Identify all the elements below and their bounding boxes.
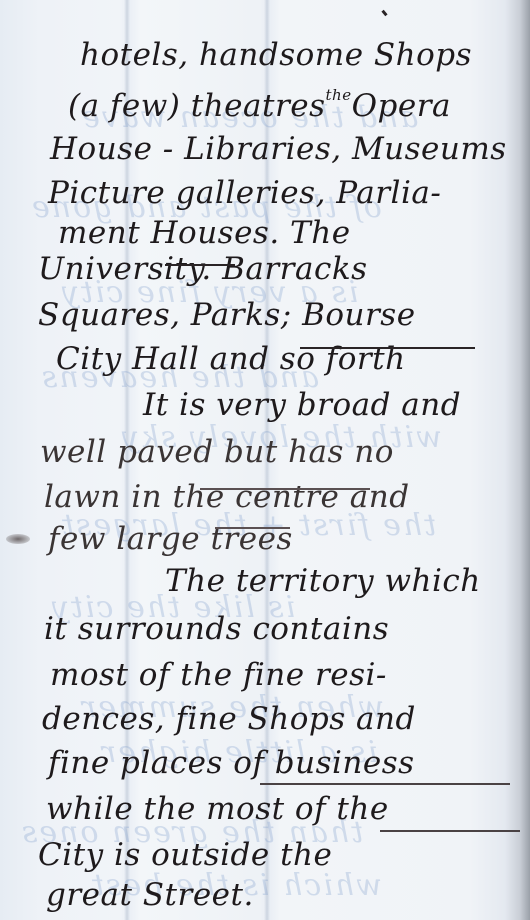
- handwritten-text: hotels, handsome Shops (a few) theatrest…: [0, 0, 530, 920]
- strike-line: [165, 264, 235, 266]
- manuscript-line: lawn in the centre and: [44, 482, 410, 513]
- manuscript-line: City is outside the: [38, 840, 332, 871]
- manuscript-text: Opera: [352, 88, 451, 124]
- manuscript-line: City Hall and so forth: [56, 344, 406, 375]
- manuscript-line: few large trees: [48, 524, 293, 555]
- manuscript-text: (a few) theatres: [68, 88, 326, 124]
- strike-line: [300, 347, 475, 349]
- strike-line: [215, 527, 290, 529]
- manuscript-line: The territory which: [165, 566, 481, 597]
- manuscript-line: dences, fine Shops and: [42, 704, 416, 735]
- manuscript-line: ment Houses. The: [58, 218, 351, 249]
- manuscript-line: while the most of the: [46, 794, 389, 825]
- manuscript-page: and the ocean wave of the past and gone …: [0, 0, 530, 920]
- manuscript-line: House - Libraries, Museums: [50, 134, 507, 165]
- manuscript-line: fine places of business: [48, 748, 415, 779]
- manuscript-line: University. Barracks: [38, 254, 368, 285]
- manuscript-line: Picture galleries, Parlia-: [48, 178, 441, 209]
- manuscript-line: It is very broad and: [143, 390, 461, 421]
- strike-line: [380, 830, 520, 832]
- manuscript-line: most of the fine resi-: [50, 660, 387, 691]
- manuscript-line: Squares, Parks; Bourse: [38, 300, 416, 331]
- superscript-insertion: the: [326, 86, 352, 104]
- manuscript-line: hotels, handsome Shops: [80, 40, 472, 71]
- manuscript-line: well paved but has no: [40, 437, 394, 468]
- strike-line: [260, 783, 510, 785]
- manuscript-line: (a few) theatrestheOpera: [68, 88, 451, 122]
- strike-line: [200, 488, 370, 490]
- manuscript-line: it surrounds contains: [44, 614, 389, 645]
- manuscript-line: great Street.: [46, 880, 254, 911]
